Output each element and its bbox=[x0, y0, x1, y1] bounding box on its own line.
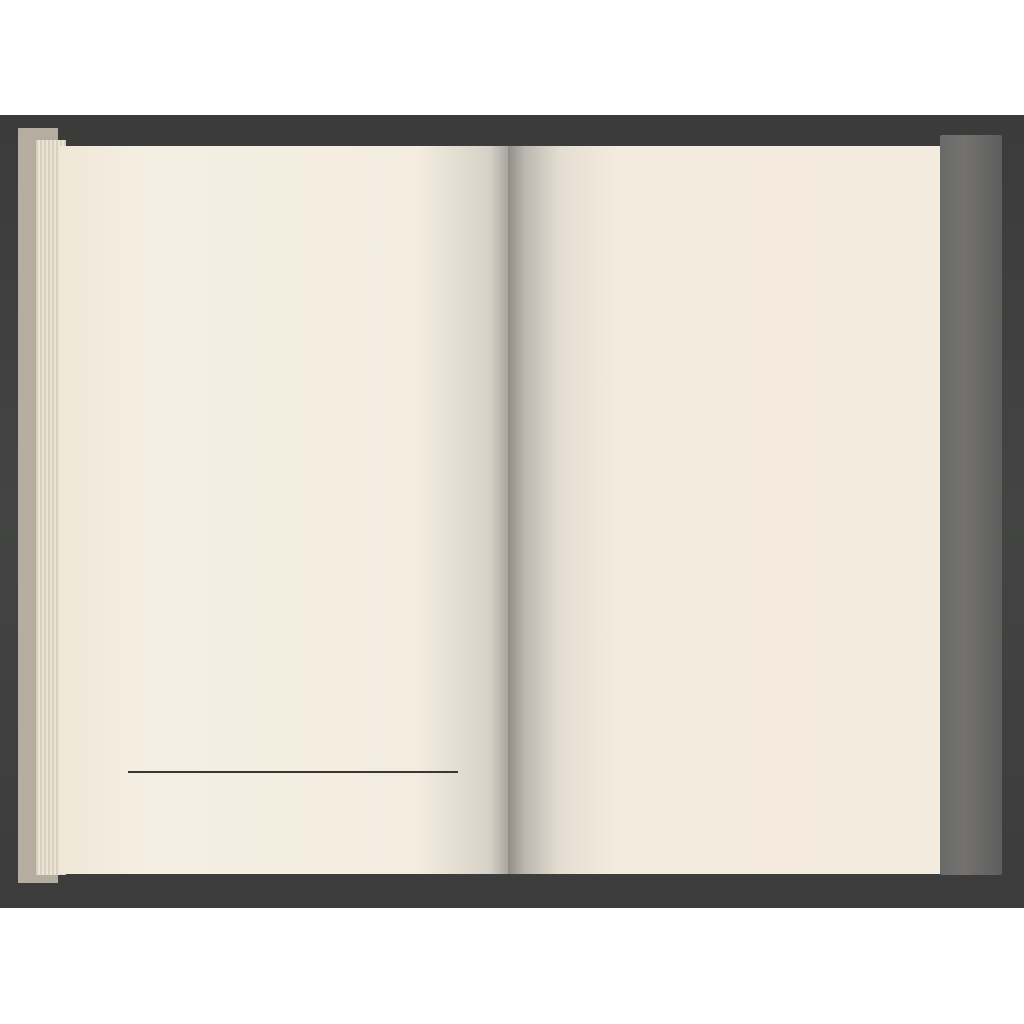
book-cover-right-edge bbox=[940, 135, 1002, 875]
right-page bbox=[508, 146, 940, 874]
footnote-rule bbox=[128, 771, 458, 773]
left-page bbox=[60, 146, 508, 874]
